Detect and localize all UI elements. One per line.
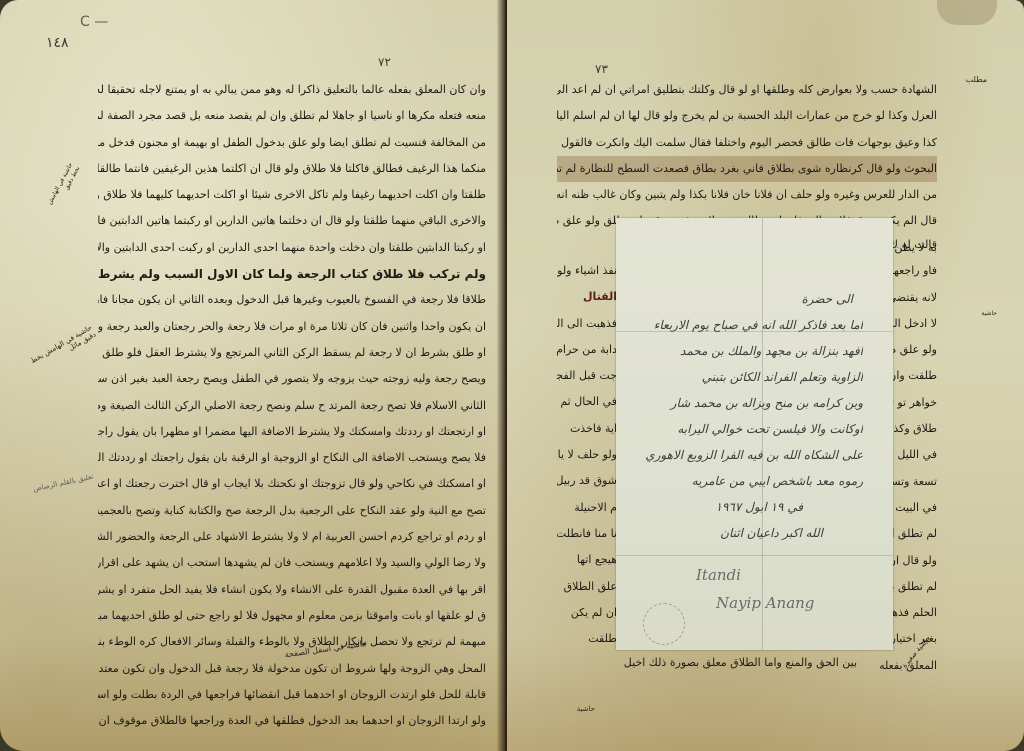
note-line: وبن كرامه بن منح وبزاله بن محمد شار: [636, 390, 863, 416]
text-line: فلا يصح ويستحب الاضافة الى النكاح او الز…: [98, 445, 486, 471]
text-line: كذا وعيق بوجهات فات طالق فحضر اليوم واخت…: [557, 130, 937, 156]
left-pencil-note: تعليق بالقلم الرصاص: [22, 473, 94, 496]
text-line: او ارتجعتك او رددتك وامسكتك ولا يشترط ال…: [98, 419, 486, 445]
pencil-folio-mark: C —: [80, 14, 108, 30]
text-line: ان يكون واحدا واثنين فان كان ثلاثا مرة ا…: [98, 314, 486, 340]
folio-number: ١٤٨: [46, 35, 69, 51]
fragment: ان لم يكن: [557, 600, 617, 626]
text-line: او امسكتك في نكاحي ولو قال تزوجتك او نكح…: [98, 471, 486, 497]
fragment: ولو حلف لا يايت: [557, 442, 617, 468]
note-line: الى حضرة: [636, 286, 863, 312]
text-line: الثاني الاسلام فلا تصح رجعة المرتد ح سلم…: [98, 393, 486, 419]
fragment: اية فاخذت: [557, 416, 617, 442]
bottom-line: بين الحق والمنع واما الطلاق معلق بصورة ذ…: [557, 650, 857, 676]
text-line: ق لو علقها او بانت واموقتا بزمن معلوم او…: [98, 603, 486, 629]
signature-line-2: Nayip Anang: [716, 594, 814, 612]
fragment: دابة من حرام اكر: [557, 337, 617, 363]
right-marginal-note: حاشية: [947, 310, 997, 318]
note-handwriting: الى حضرة اما بعد فاذكر الله انه في صباح …: [636, 286, 863, 546]
text-line: العزل وكذا لو خرج من عمارات البلد الحسبة…: [557, 103, 937, 129]
text-line: من المخالفة فنسيت لم تطلق ايضا ولو علق ب…: [98, 130, 486, 156]
text-line: البحوث ولو قال كرنظاره شوى بطلاق فاني بغ…: [557, 156, 937, 182]
page-number: ٧٣: [595, 62, 608, 76]
note-line: الزاوية وتعلم الفراند الكائن بتبني: [636, 364, 863, 390]
text-line: الشهادة حسب ولا بعوارض كله وطلقها او لو …: [557, 77, 937, 103]
fragment: نفذ اشياء ولو قال: [557, 258, 617, 284]
fragment: طلقت: [557, 626, 617, 652]
fold-line-horizontal: [616, 555, 893, 556]
text-line: ويصح رجعة وليه زوجته حيث يزوجه ولا يتصور…: [98, 366, 486, 392]
text-line: المحل وهي الزوجة ولها شروط ان تكون مدخول…: [98, 656, 486, 682]
left-page-text: وان كان المعلق بفعله عالما بالتعليق ذاكر…: [98, 77, 486, 734]
faded-stamp: [643, 603, 685, 645]
left-column-fragments: نفذ اشياء ولو قال القتال فذهبت الى الباب…: [557, 258, 617, 652]
text-line: ولا رضا الولي والسيد ولا اعلامهم ويستحب …: [98, 550, 486, 576]
text-line: قابلة للحل فلو ارتدت الزوجان او احدهما ق…: [98, 682, 486, 708]
text-line: اقر بها في العدة مقبول القدرة على الانشا…: [98, 577, 486, 603]
fragment: فذهبت الى الباب: [557, 311, 617, 337]
text-line: والاخرى الباقي منهما طلقتا ولو قال ان دخ…: [98, 208, 486, 234]
text-line: طلقتا وان اكلت احديهما رغيفا ولم تاكل ال…: [98, 182, 486, 208]
left-marginal-note-upper: حاشية في الهامش بخط دقيق: [42, 162, 82, 219]
note-line: اما بعد فاذكر الله انه في صباح يوم الارب…: [636, 312, 863, 338]
note-line: رموه معد باشخص ايبي من عامريه: [636, 468, 863, 494]
text-line: منعه فتعله مكرها او ناسيا او جاهلا لم تط…: [98, 103, 486, 129]
text-line: ولو ارتدا الزوجان او احدهما بعد الدخول ف…: [98, 708, 486, 734]
text-line: او طلق بشرط ان لا رجعة لم يسقط الركن الث…: [98, 340, 486, 366]
fragment: جت قبل الفجر فلا: [557, 363, 617, 389]
highlighted-rubric: القتال: [557, 284, 617, 310]
note-line: الله اكبر داعيان اثنان: [636, 520, 863, 546]
fragment: هيجع اتها: [557, 547, 617, 573]
left-page: ١٤٨ C — ٧٢ وان كان المعلق بفعله عالما با…: [0, 0, 507, 751]
text-line: او ركبتا الدابتين طلقتا وان دخلت واحدة م…: [98, 235, 486, 261]
fragment: علق الطلاق: [557, 574, 617, 600]
manuscript-spread: ١٤٨ C — ٧٢ وان كان المعلق بفعله عالما با…: [0, 0, 1024, 751]
stain: [937, 0, 997, 25]
note-line: افهد بنزالة بن مجهد والملك بن محمد: [636, 338, 863, 364]
text-line: طلاقا فلا رجعة في الفسوخ بالعيوب وغيرها …: [98, 287, 486, 313]
signature-line-1: Itandi: [696, 566, 741, 584]
left-marginal-note-middle: حاشية في الهامش بخط دقيق مائل: [29, 324, 98, 373]
text-line: وان كان المعلق بفعله عالما بالتعليق ذاكر…: [98, 77, 486, 103]
marginal-heading: مطلب: [937, 76, 987, 84]
note-date: في ١٩ ابول ١٩٦٧: [636, 494, 863, 520]
text-line: من الدار للعرس وغيره ولو حلف ان فلانا خا…: [557, 182, 937, 208]
note-line: على الشكاه الله بن فيه الفرا الزوبع الاه…: [636, 442, 863, 468]
pasted-note: الى حضرة اما بعد فاذكر الله انه في صباح …: [616, 218, 893, 650]
page-number: ٧٢: [378, 55, 391, 69]
text-line: بين الحق والمنع واما الطلاق معلق بصورة ذ…: [557, 650, 857, 676]
fragment: شوق قد ربيل: [557, 468, 617, 494]
fragment: في الحال ثم رجعت: [557, 389, 617, 415]
text-line: منكما هذا الرغيف فطالق فاكلتا فلا طلاق و…: [98, 156, 486, 182]
fragment: نا منا فانطلت: [557, 521, 617, 547]
text-line: ولم تركب فلا طلاق كتاب الرجعة ولما كان ا…: [98, 261, 486, 287]
note-line: اوكانت والا فيلسن تحت خوالي اليرابه: [636, 416, 863, 442]
text-line: تصح مع النية ولو عقد النكاح على الرجعية …: [98, 498, 486, 524]
text-line: او ردم او تراجع كردم احسن العربية ام لا …: [98, 524, 486, 550]
bottom-left-marginal-note: حاشية: [555, 705, 595, 713]
fragment: م الاحنيلة: [557, 495, 617, 521]
